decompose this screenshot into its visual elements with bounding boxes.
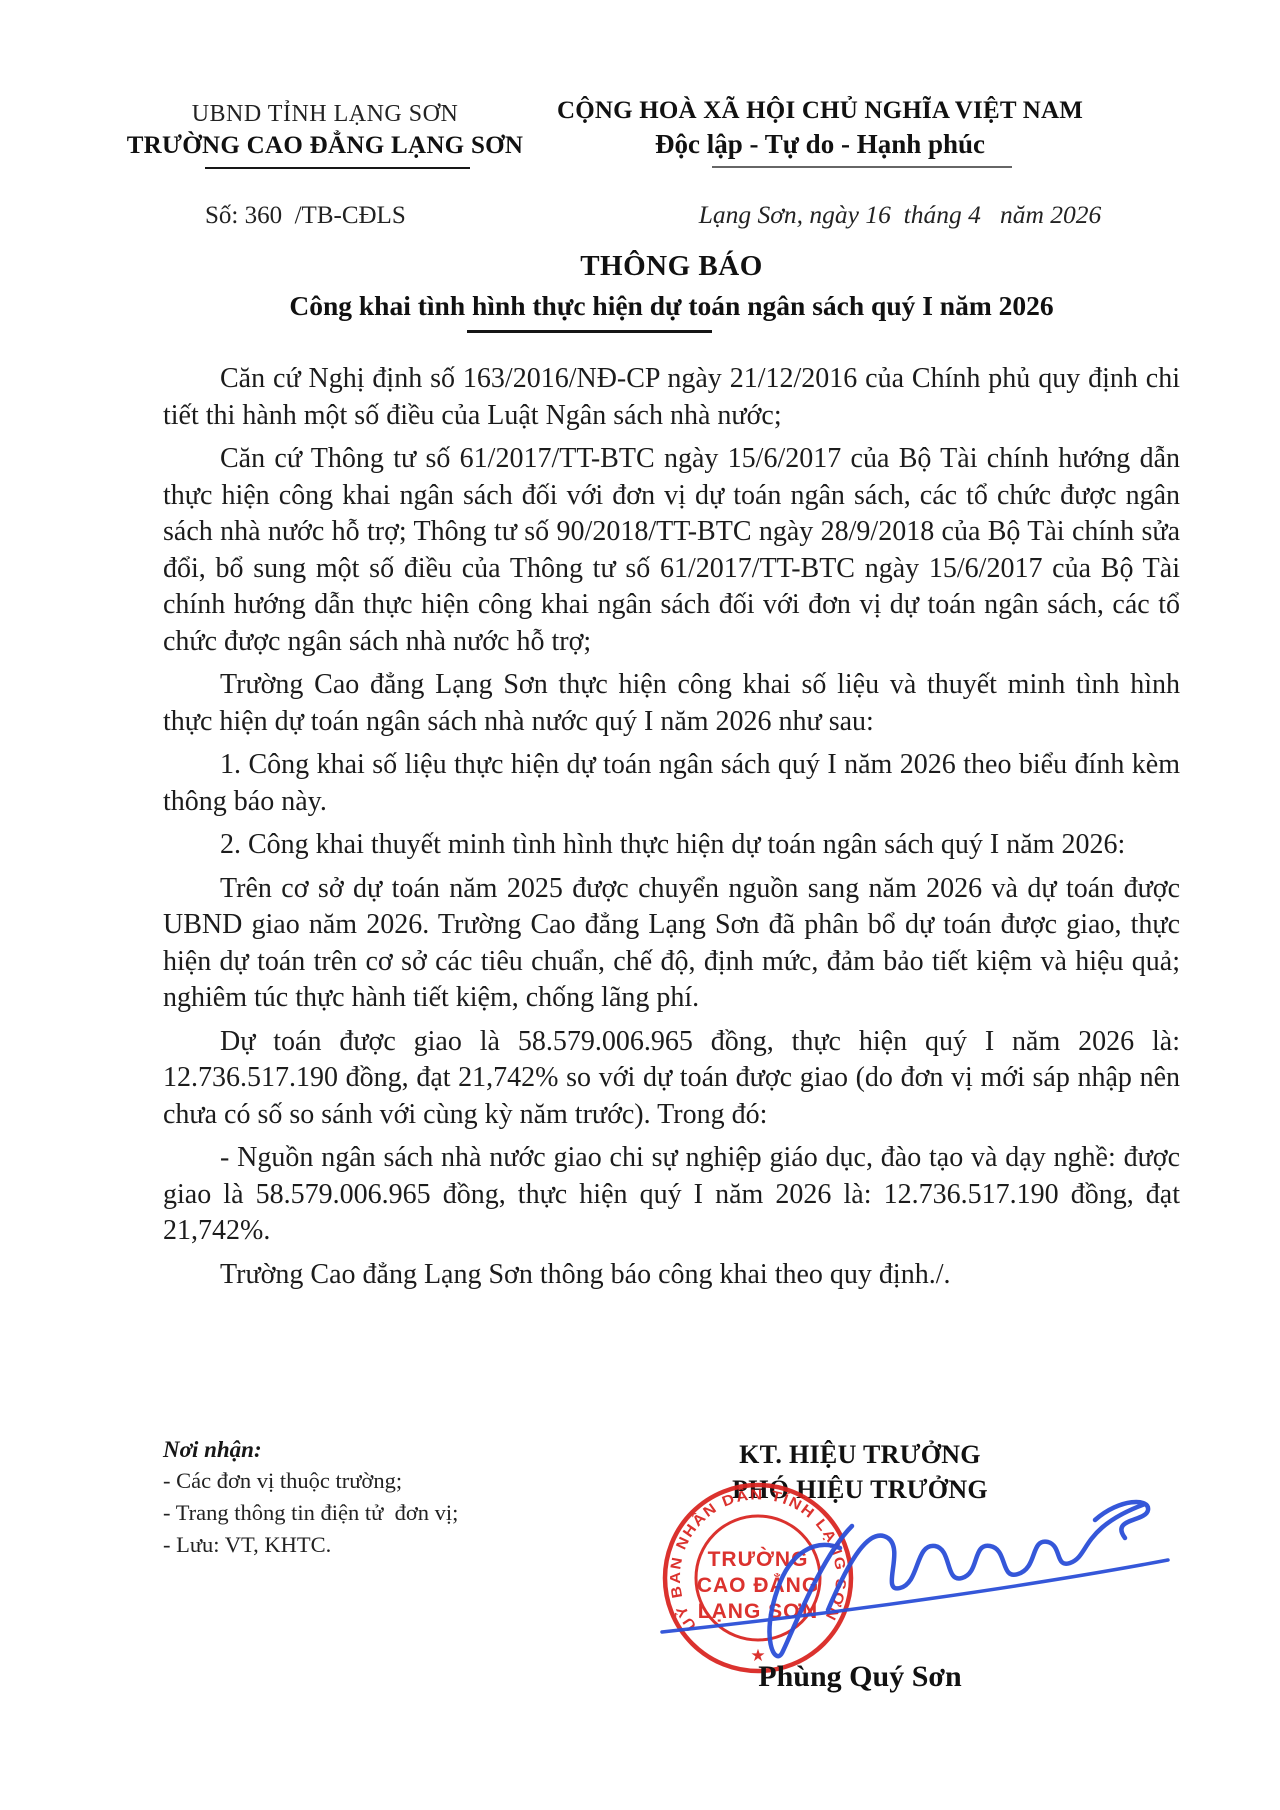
paragraph: Căn cứ Nghị định số 163/2016/NĐ-CP ngày … xyxy=(163,361,1180,434)
national-motto-line1: CỘNG HOÀ XÃ HỘI CHỦ NGHĨA VIỆT NAM xyxy=(540,95,1100,126)
document-page: UBND TỈNH LẠNG SƠN TRƯỜNG CAO ĐẲNG LẠNG … xyxy=(0,0,1280,1810)
place-date-line: Lạng Sơn, ngày 16 tháng 4 năm 2026 xyxy=(650,200,1150,230)
recipients-block: Nơi nhận: - Các đơn vị thuộc trường; - T… xyxy=(163,1437,583,1559)
paragraph: Dự toán được giao là 58.579.006.965 đồng… xyxy=(163,1024,1180,1134)
paragraph: 2. Công khai thuyết minh tình hình thực … xyxy=(163,827,1180,864)
national-motto-line2: Độc lập - Tự do - Hạnh phúc xyxy=(540,129,1100,160)
document-subtitle: Công khai tình hình thực hiện dự toán ng… xyxy=(163,290,1180,322)
issuing-org-block: UBND TỈNH LẠNG SƠN TRƯỜNG CAO ĐẲNG LẠNG … xyxy=(115,99,535,169)
paragraph: Căn cứ Thông tư số 61/2017/TT-BTC ngày 1… xyxy=(163,441,1180,660)
document-content: THÔNG BÁO Công khai tình hình thực hiện … xyxy=(163,250,1180,1300)
paragraph: 1. Công khai số liệu thực hiện dự toán n… xyxy=(163,747,1180,820)
recipient-item: - Trang thông tin điện tử đơn vị; xyxy=(163,1499,583,1527)
paragraph: Trường Cao đẳng Lạng Sơn thông báo công … xyxy=(163,1257,1180,1294)
motto-underline xyxy=(712,166,1012,168)
document-number: Số: 360 /TB-CĐLS xyxy=(205,202,406,230)
org-name: TRƯỜNG CAO ĐẲNG LẠNG SƠN xyxy=(115,131,535,161)
recipients-label: Nơi nhận: xyxy=(163,1437,583,1463)
document-body: Căn cứ Nghị định số 163/2016/NĐ-CP ngày … xyxy=(163,361,1180,1293)
document-title: THÔNG BÁO xyxy=(163,250,1180,283)
paragraph: Trên cơ sở dự toán năm 2025 được chuyển … xyxy=(163,871,1180,1017)
signature-descender-stroke xyxy=(769,1526,852,1656)
recipient-item: - Các đơn vị thuộc trường; xyxy=(163,1467,583,1495)
paragraph: Trường Cao đẳng Lạng Sơn thực hiện công … xyxy=(163,667,1180,740)
signer-name: Phùng Quý Sơn xyxy=(600,1660,1120,1694)
national-header-block: CỘNG HOÀ XÃ HỘI CHỦ NGHĨA VIỆT NAM Độc l… xyxy=(540,95,1100,168)
signer-role-line1: KT. HIỆU TRƯỞNG xyxy=(600,1437,1120,1472)
parent-org-name: UBND TỈNH LẠNG SƠN xyxy=(115,99,535,129)
title-underline xyxy=(467,330,712,333)
paragraph: - Nguồn ngân sách nhà nước giao chi sự n… xyxy=(163,1140,1180,1250)
org-name-underline xyxy=(205,167,470,169)
recipient-item: - Lưu: VT, KHTC. xyxy=(163,1531,583,1559)
